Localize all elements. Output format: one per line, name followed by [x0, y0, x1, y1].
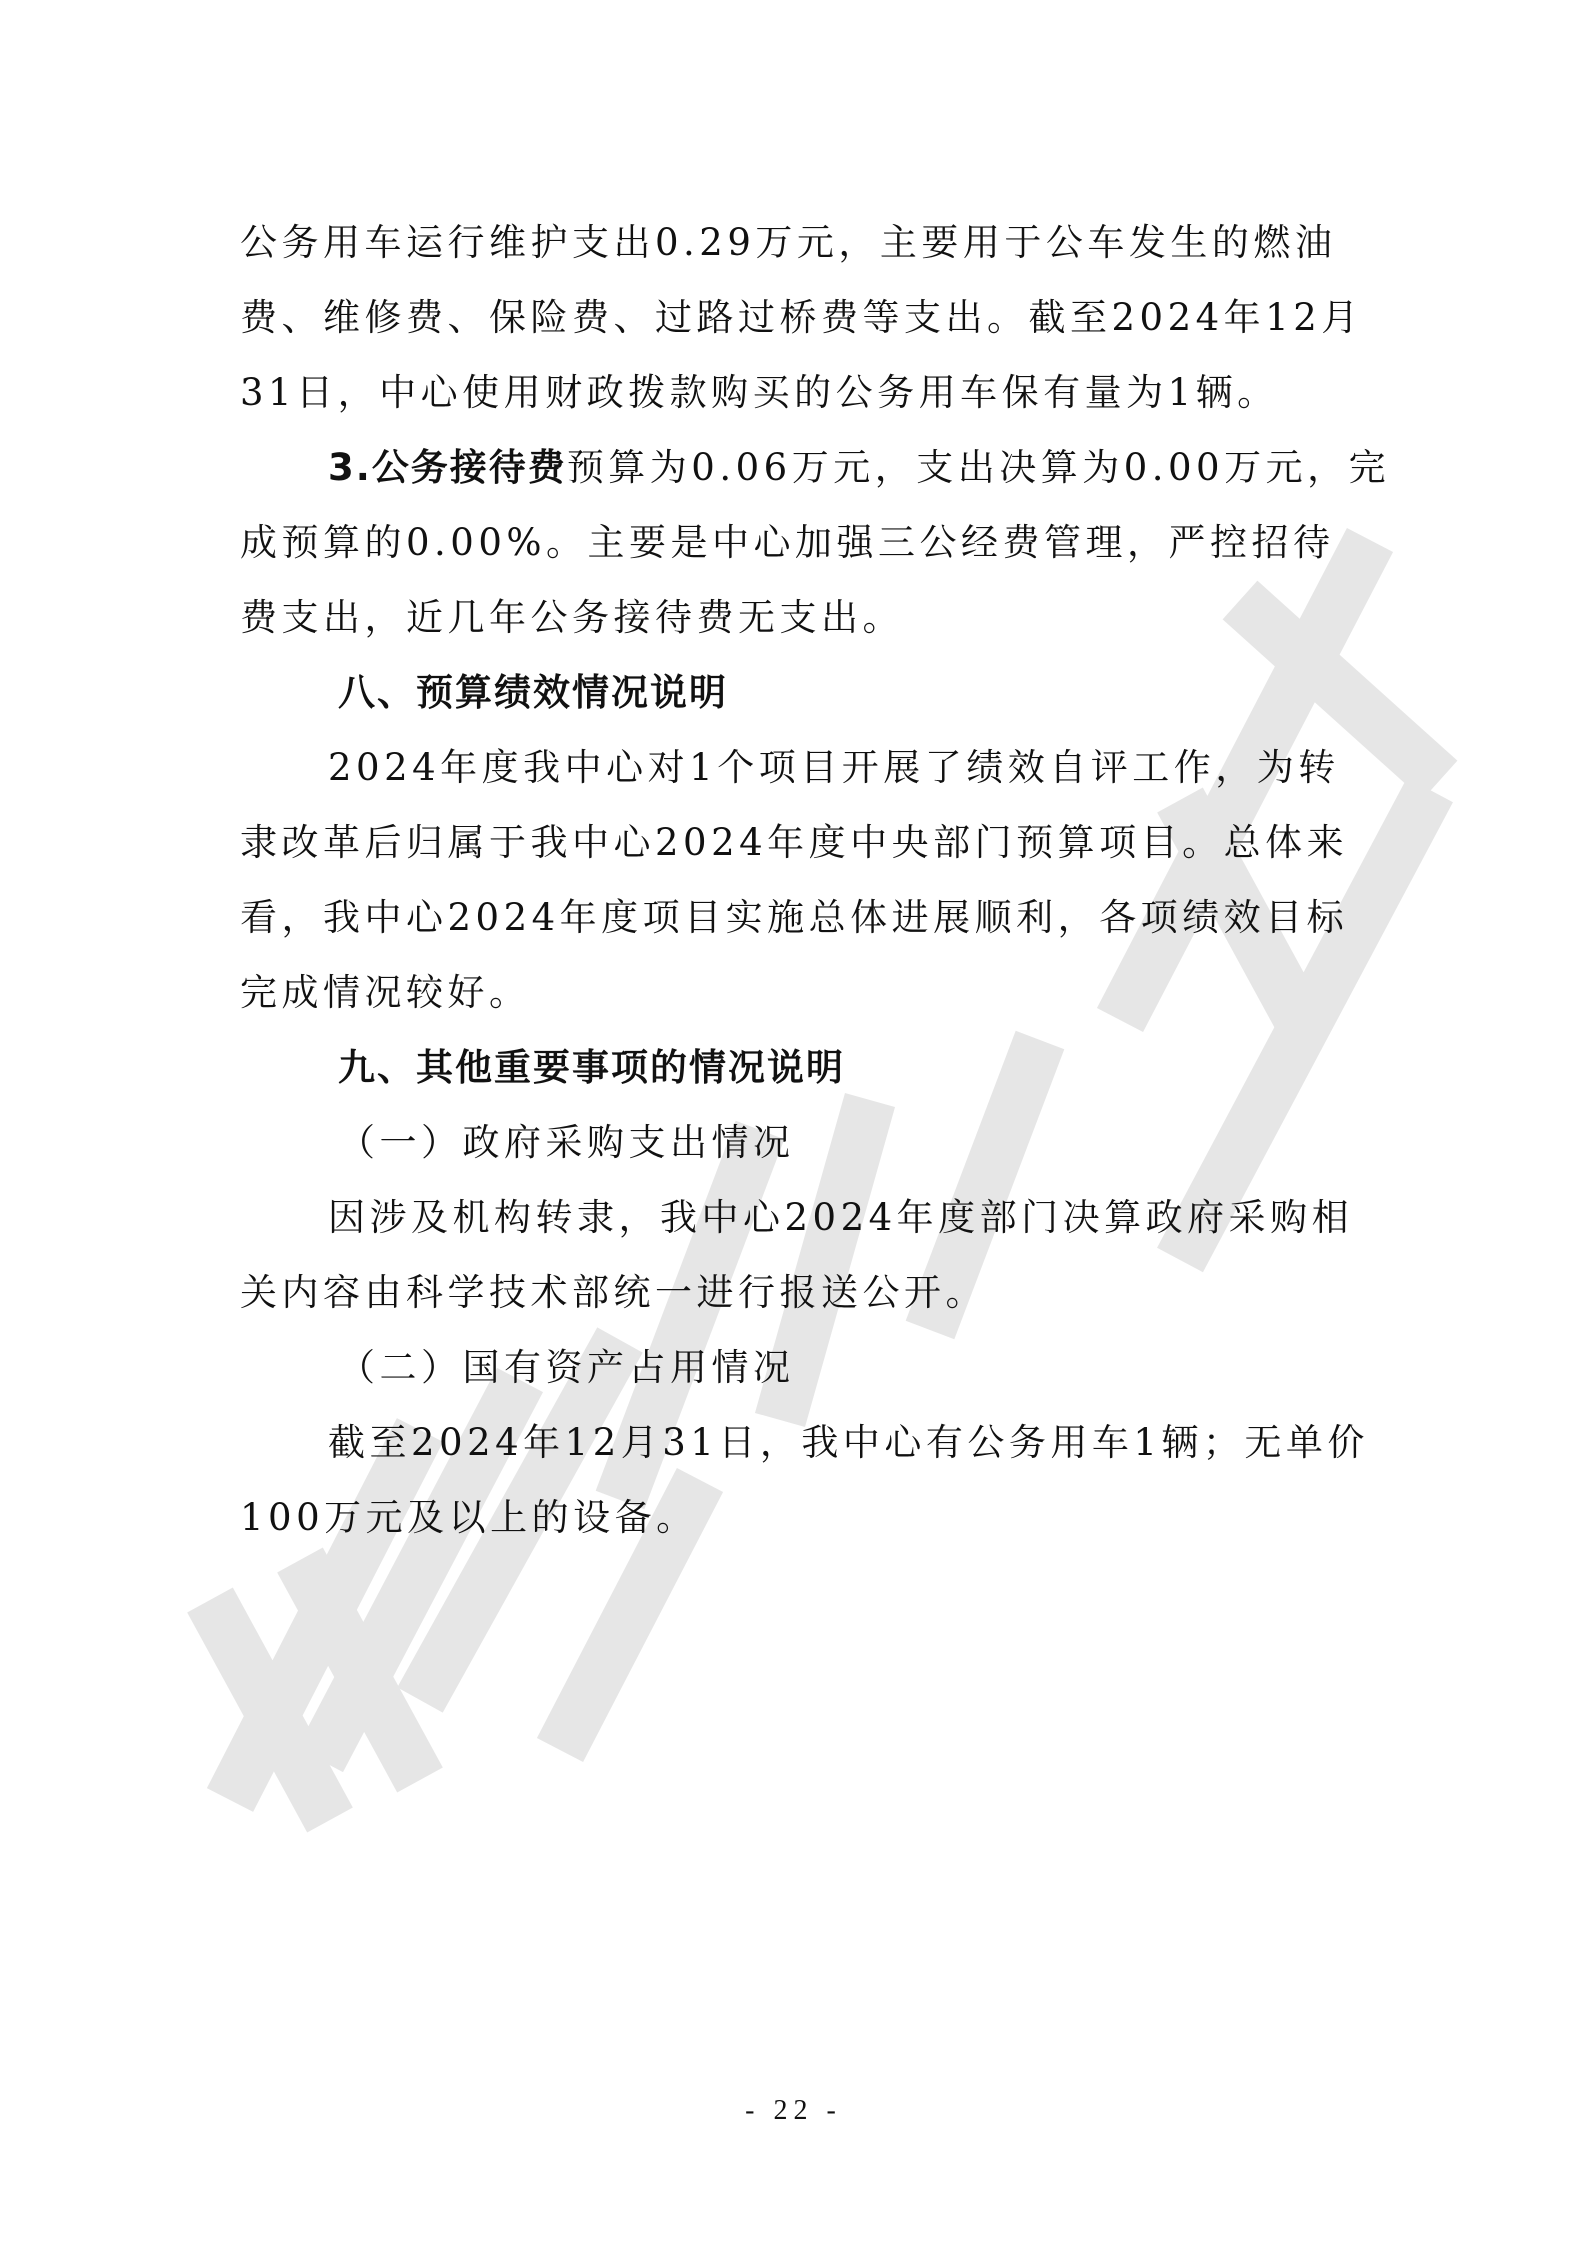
reception-paragraph-first-line: 3.公务接待费预算为0.06万元，支出决算为0.00万元，完 — [240, 430, 1350, 505]
paragraph-line: 关内容由科学技术部统一进行报送公开。 — [240, 1255, 1350, 1330]
paragraph-line: 费、维修费、保险费、过路过桥费等支出。截至2024年12月 — [240, 280, 1350, 355]
paragraph-line: 100万元及以上的设备。 — [240, 1480, 1350, 1555]
paragraph-line: 完成情况较好。 — [240, 955, 1350, 1030]
subsection-heading-assets: （二）国有资产占用情况 — [240, 1330, 1350, 1405]
paragraph-line: 费支出，近几年公务接待费无支出。 — [240, 580, 1350, 655]
section-heading-9: 九、其他重要事项的情况说明 — [240, 1030, 1350, 1105]
paragraph-line: 看，我中心2024年度项目实施总体进展顺利，各项绩效目标 — [240, 880, 1350, 955]
reception-label: 3.公务接待费 — [328, 446, 567, 489]
page-number: - 22 - — [0, 2095, 1587, 2127]
section-heading-8: 八、预算绩效情况说明 — [240, 655, 1350, 730]
paragraph-line: 公务用车运行维护支出0.29万元，主要用于公车发生的燃油 — [240, 205, 1350, 280]
subsection-heading-procurement: （一）政府采购支出情况 — [240, 1105, 1350, 1180]
reception-text: 预算为0.06万元，支出决算为0.00万元，完 — [567, 446, 1390, 489]
document-page: 公务用车运行维护支出0.29万元，主要用于公车发生的燃油 费、维修费、保险费、过… — [240, 205, 1350, 1555]
paragraph-line: 隶改革后归属于我中心2024年度中央部门预算项目。总体来 — [240, 805, 1350, 880]
paragraph-line: 截至2024年12月31日，我中心有公务用车1辆；无单价 — [240, 1405, 1350, 1480]
paragraph-line: 因涉及机构转隶，我中心2024年度部门决算政府采购相 — [240, 1180, 1350, 1255]
paragraph-line: 31日，中心使用财政拨款购买的公务用车保有量为1辆。 — [240, 355, 1350, 430]
paragraph-line: 2024年度我中心对1个项目开展了绩效自评工作，为转 — [240, 730, 1350, 805]
paragraph-line: 成预算的0.00%。主要是中心加强三公经费管理，严控招待 — [240, 505, 1350, 580]
